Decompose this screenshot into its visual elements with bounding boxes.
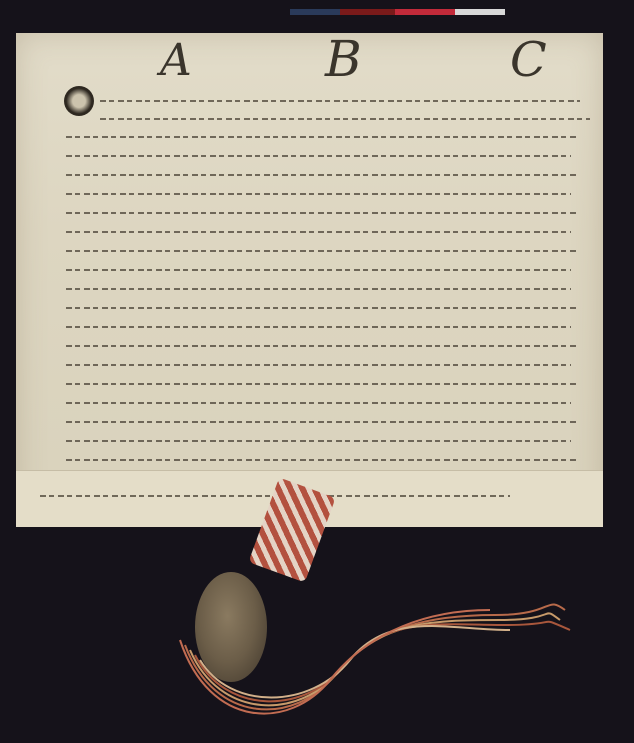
monogram-1: A [160, 35, 192, 86]
silk-threads [175, 575, 575, 735]
parchment-charter [16, 33, 603, 526]
decorated-initial [64, 86, 94, 116]
monogram-2: B [325, 30, 362, 88]
monogram-3: C [510, 32, 547, 88]
color-calibration-strip [290, 0, 505, 6]
